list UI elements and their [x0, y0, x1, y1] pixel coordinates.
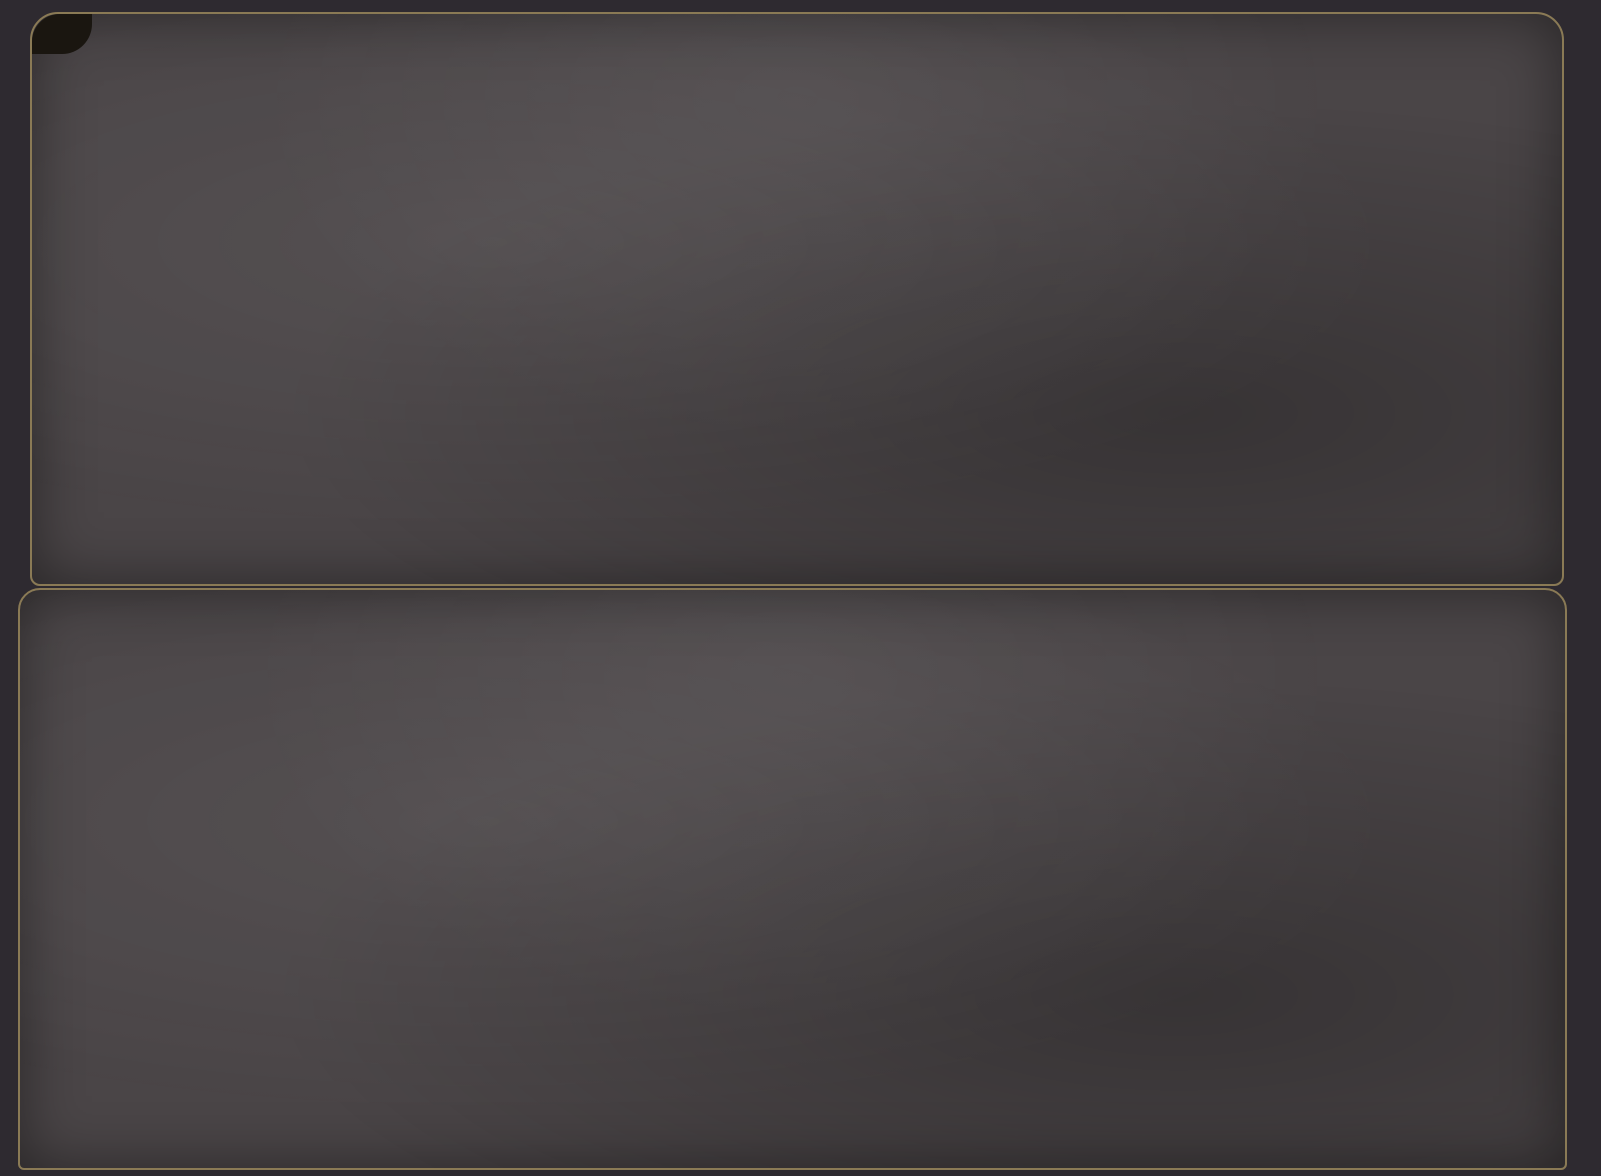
handwritten-script	[0, 0, 1601, 1176]
